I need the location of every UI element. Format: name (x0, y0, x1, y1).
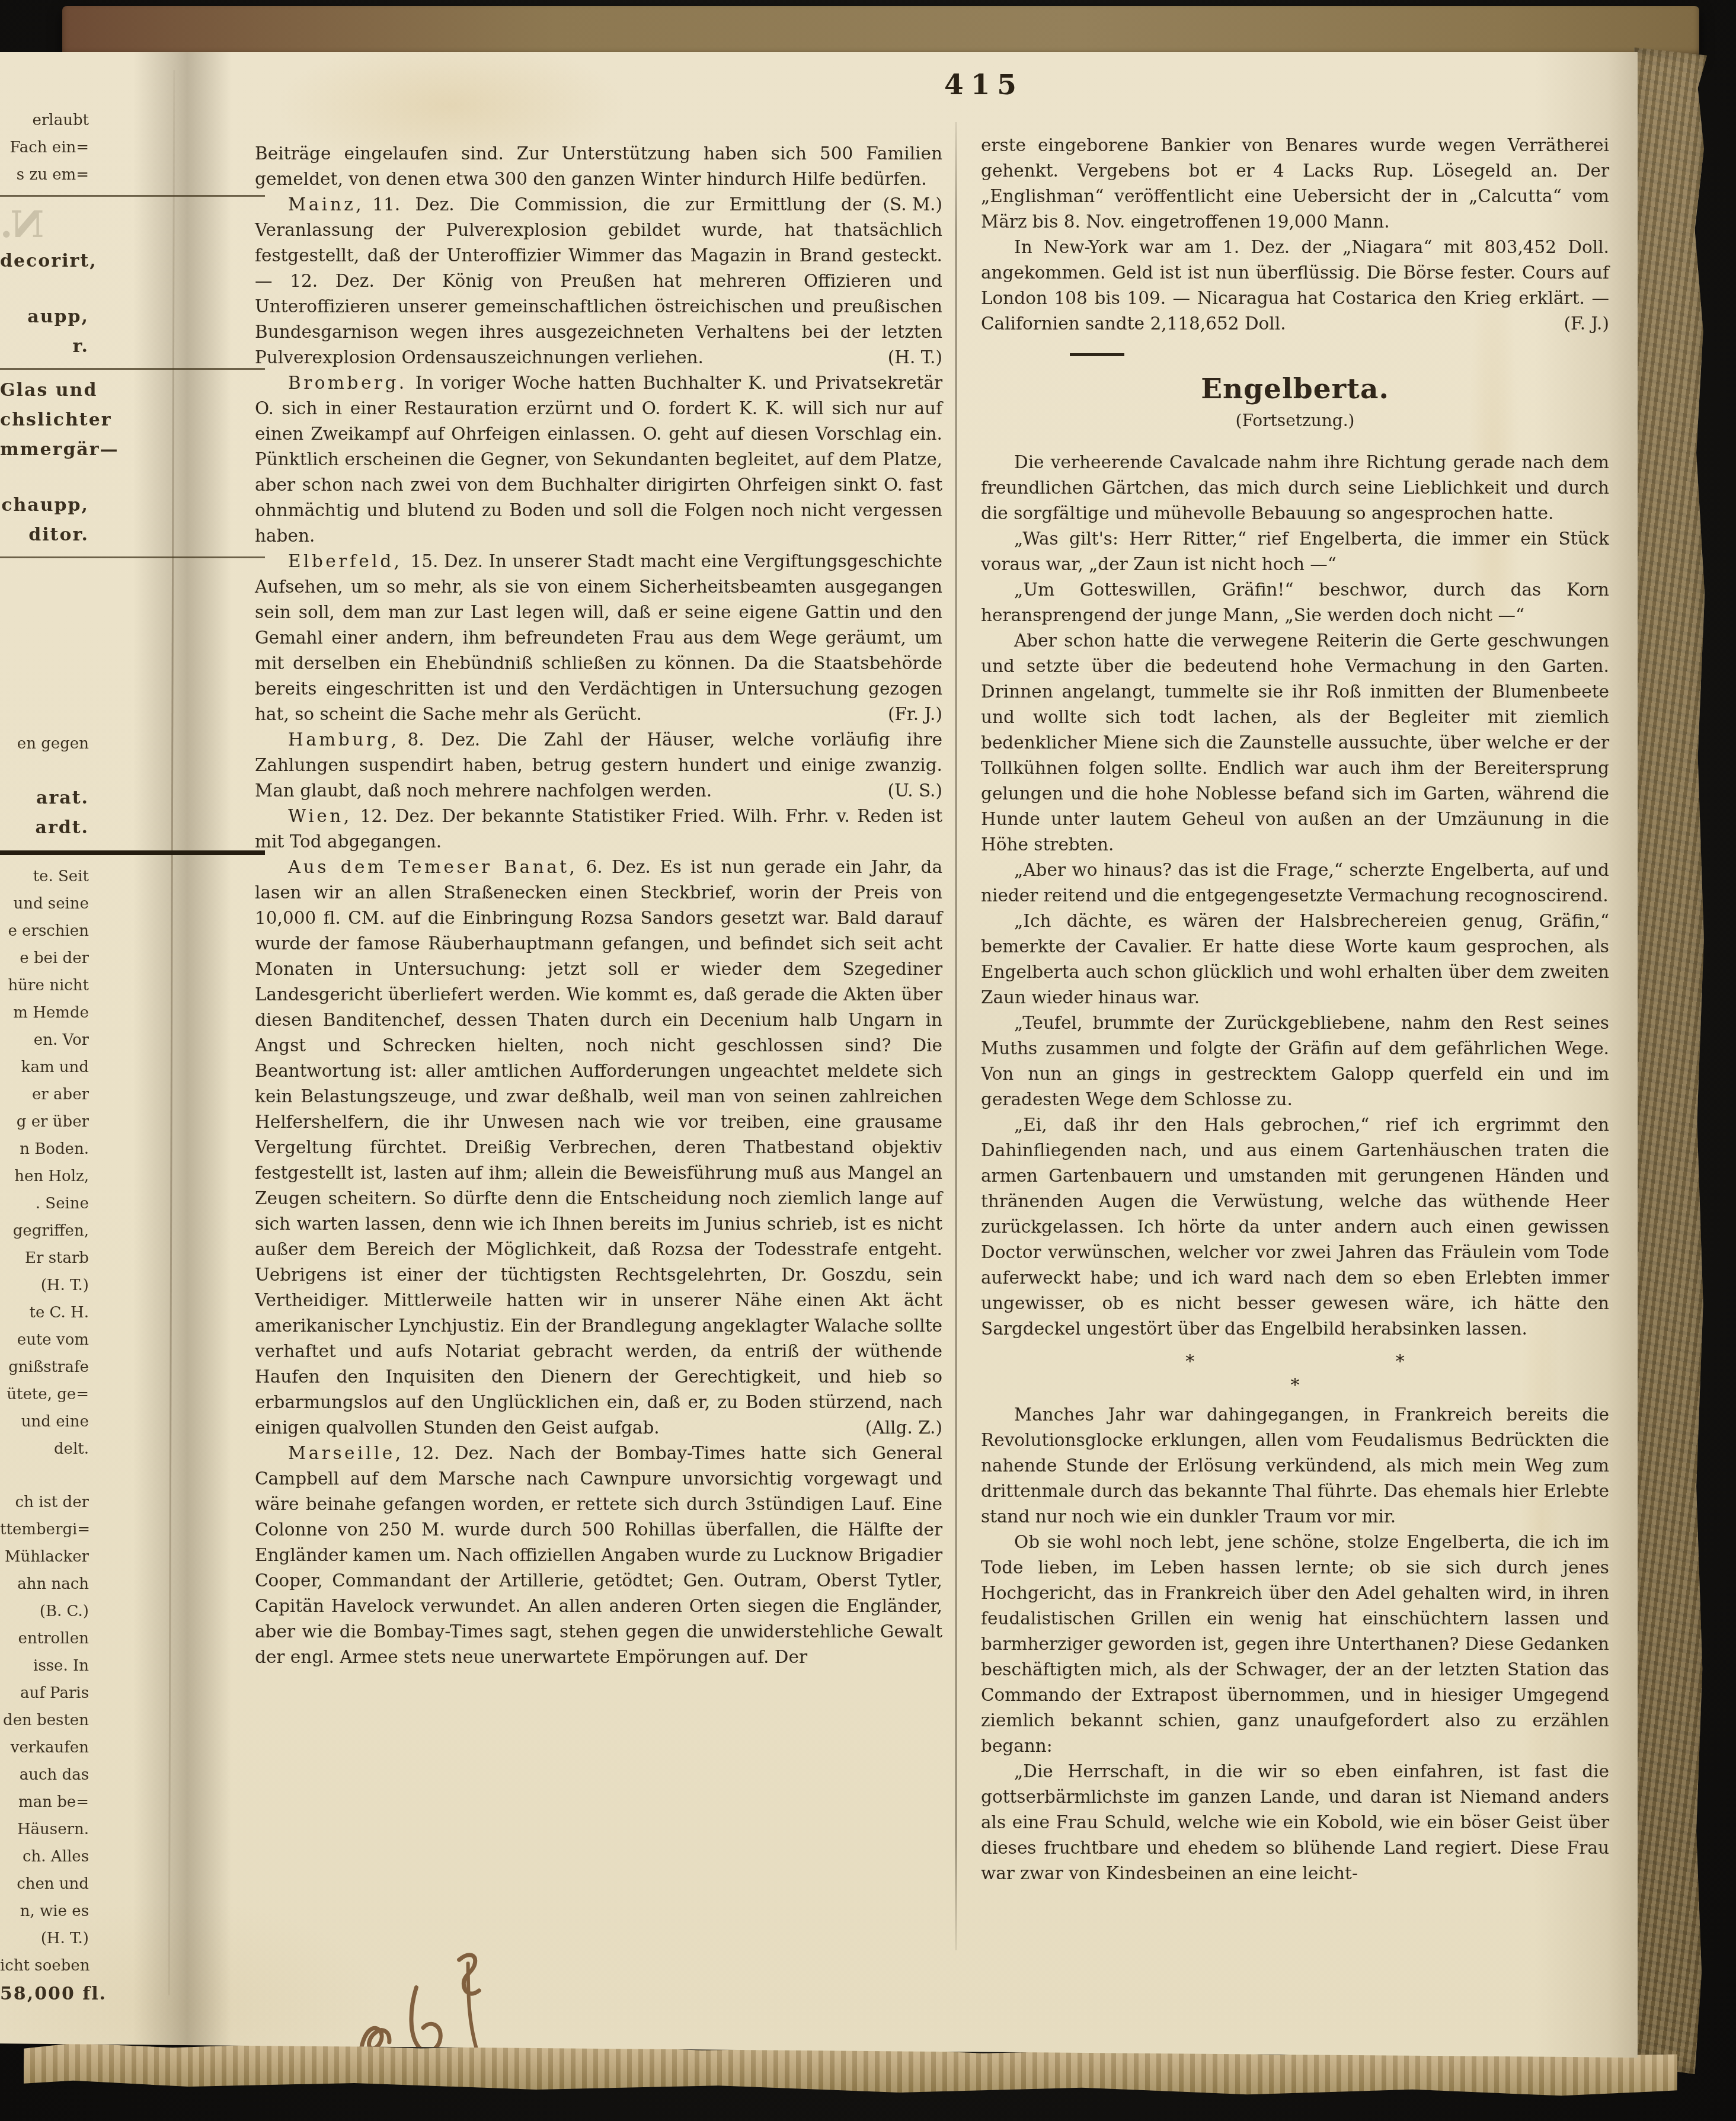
dateline: Wien, (288, 806, 360, 826)
paragraph-text: „Um Gotteswillen, Gräfin!“ beschwor, dur… (981, 580, 1609, 625)
paragraph-text: „Ei, daß ihr den Hals gebrochen,“ rief i… (981, 1115, 1609, 1339)
news-column-left: Beiträge eingelaufen sind. Zur Unterstüt… (255, 141, 942, 1670)
facing-page-line: n Boden. (0, 1135, 89, 1163)
facing-page-line: ch ist der (0, 1489, 89, 1516)
facing-page-line-text: ch. Alles (23, 1848, 89, 1866)
facing-page-line: hüre nicht (0, 972, 89, 999)
facing-page-line-text: n, wie es (20, 1902, 89, 1920)
facing-page-line-text: . Seine (36, 1195, 89, 1213)
facing-page-line-text: g er über (17, 1113, 89, 1131)
facing-page-line-text: auch das (20, 1766, 89, 1784)
feuilleton-subtitle: (Fortsetzung.) (981, 408, 1609, 433)
facing-page-line: ütete, ge= (0, 1381, 89, 1408)
facing-page-line-text: (H. T.) (41, 1930, 89, 1947)
facing-page-line: erlaubt (0, 107, 89, 134)
source-signature: (S. M.) (871, 192, 942, 217)
source-signature: (H. T.) (843, 345, 942, 370)
facing-page-line: Er starb (0, 1245, 89, 1272)
paragraph-text: * * * (1185, 1351, 1405, 1396)
facing-page-line-text: erlaubt (33, 111, 89, 129)
facing-page-line: chen und (0, 1870, 89, 1898)
dateline: Elberfeld, (288, 551, 411, 571)
facing-page-line-text: ditor. (28, 524, 89, 545)
facing-page-line-text: aupp, (27, 306, 89, 327)
source-signature: (Allg. Z.) (820, 1415, 942, 1441)
facing-page-line: chslichter (0, 405, 89, 435)
book-cover-top-edge (62, 6, 1699, 57)
facing-page-line: man be= (0, 1789, 89, 1816)
paragraph-text: Beiträge eingelaufen sind. Zur Unterstüt… (255, 143, 942, 189)
story-paragraph: „Teufel, brummte der Zurückgebliebene, n… (981, 1010, 1609, 1112)
paragraph-text: Manches Jahr war dahingegangen, in Frank… (981, 1405, 1609, 1527)
feuilleton-story: Die verheerende Cavalcade nahm ihre Rich… (981, 450, 1609, 1886)
news-paragraph: Hamburg,8. Dez. Die Zahl der Häuser, wel… (255, 727, 942, 804)
handwritten-ink-mark (341, 1933, 560, 2058)
facing-page-line: gnißstrafe (0, 1354, 89, 1381)
feuilleton-title: Engelberta. (981, 376, 1609, 402)
facing-page-line-text: te C. H. (29, 1304, 89, 1322)
facing-page-line: Häusern. (0, 1816, 89, 1843)
facing-page-line: ch. Alles (0, 1843, 89, 1870)
facing-page-line-text: (H. T.) (41, 1277, 89, 1294)
source-signature: (Fr. J.) (843, 702, 942, 727)
news-paragraph: Bromberg.In voriger Woche hatten Buchhal… (255, 370, 942, 549)
facing-page-line-text: delt. (54, 1440, 89, 1458)
dateline: Marseille, (288, 1443, 412, 1463)
dateline: Bromberg. (288, 373, 415, 393)
story-paragraph: Manches Jahr war dahingegangen, in Frank… (981, 1402, 1609, 1530)
facing-page-line: kam und (0, 1054, 89, 1081)
facing-page-line: s zu em= (0, 161, 89, 188)
facing-page-line (0, 1463, 89, 1489)
facing-page-line: N. (0, 203, 89, 247)
facing-page-line-text: chaupp, (1, 495, 89, 516)
facing-page-line-text: n Boden. (20, 1140, 89, 1158)
facing-page-line-text: und seine (13, 895, 89, 913)
paragraph-text: Die verheerende Cavalcade nahm ihre Rich… (981, 452, 1609, 523)
facing-page-line: er aber (0, 1081, 89, 1108)
facing-page-line: g er über (0, 1108, 89, 1135)
facing-page-line-text: verkaufen (11, 1739, 89, 1757)
facing-page-line: (B. C.) (0, 1598, 89, 1625)
binding-crease (168, 70, 175, 1995)
facing-page-line-text: N. (0, 203, 44, 246)
facing-page-line-text: hüre nicht (8, 977, 89, 994)
facing-page-line-text: gegriffen, (13, 1222, 89, 1240)
facing-page-line-text: te. Seit (33, 868, 89, 885)
facing-page-line (0, 564, 89, 730)
facing-page-line (0, 362, 265, 376)
facing-page-line (0, 757, 89, 783)
story-paragraph: „Um Gotteswillen, Gräfin!“ beschwor, dur… (981, 577, 1609, 628)
dateline: Aus dem Temeser Banat, (288, 857, 586, 877)
facing-page-line-text: m Hemde (13, 1004, 89, 1022)
facing-page-line-text: ahn nach (17, 1575, 89, 1593)
facing-page-line-text: icht soeben (0, 1957, 90, 1975)
facing-page-line: chaupp, (0, 491, 89, 520)
paragraph-text: „Die Herrschaft, in die wir so eben einf… (981, 1761, 1609, 1883)
facing-page-line: ardt. (0, 813, 89, 843)
facing-page-line: Mühlacker (0, 1543, 89, 1570)
facing-page-line: m Hemde (0, 999, 89, 1026)
facing-page-line (0, 550, 265, 564)
news-paragraph: Aus dem Temeser Banat,6. Dez. Es ist nun… (255, 855, 942, 1441)
facing-page-line-text: ütete, ge= (7, 1386, 89, 1403)
column-right: erste eingeborene Bankier von Benares wu… (981, 133, 1609, 1886)
facing-page-line: arat. (0, 783, 89, 813)
news-paragraph: Marseille,12. Dez. Nach der Bombay-Times… (255, 1441, 942, 1670)
paragraph-text: 15. Dez. In unserer Stadt macht eine Ver… (255, 551, 942, 724)
facing-page-line-text: entrollen (18, 1630, 89, 1647)
facing-page-line: (H. T.) (0, 1272, 89, 1299)
facing-page-line (0, 465, 89, 491)
facing-page-line-text: Er starb (25, 1249, 89, 1267)
facing-page-line-text: chslichter (0, 410, 112, 430)
facing-page-line: Glas und (0, 376, 89, 405)
facing-page-line-text: en gegen (17, 735, 89, 753)
facing-page-line-text: 58,000 fl. (0, 1984, 107, 2004)
facing-page-line-text: auf Paris (20, 1684, 89, 1702)
facing-page-line (0, 276, 89, 302)
facing-page-line: delt. (0, 1435, 89, 1463)
facing-page-line: ditor. (0, 520, 89, 550)
facing-page-line: eute vom (0, 1326, 89, 1354)
paragraph-text: 11. Dez. Die Commission, die zur Ermittl… (255, 194, 942, 367)
facing-page-line-text: ardt. (35, 817, 89, 838)
book-fore-edge (1631, 47, 1707, 2074)
paragraph-text: „Aber wo hinaus? das ist die Frage,“ sch… (981, 860, 1609, 906)
news-paragraph: Beiträge eingelaufen sind. Zur Unterstüt… (255, 141, 942, 192)
story-paragraph: Die verheerende Cavalcade nahm ihre Rich… (981, 450, 1609, 526)
facing-page-line-text: gnißstrafe (8, 1358, 89, 1376)
facing-page-line-text: Fach ein= (9, 139, 89, 156)
story-paragraph: * * * (981, 1350, 1609, 1397)
facing-page-line-text: eute vom (17, 1331, 89, 1349)
paragraph-text: In New-York war am 1. Dez. der „Niagara“… (981, 237, 1609, 334)
story-paragraph: Ob sie wohl noch lebt, jene schöne, stol… (981, 1530, 1609, 1759)
facing-page-line-text: kam und (21, 1058, 89, 1076)
newspaper-page: 415 erlaubtFach ein=s zu em=N.decorirt,a… (0, 52, 1638, 2058)
facing-page-line-text: e erschien (8, 922, 89, 940)
facing-page-line: e erschien (0, 917, 89, 945)
facing-page-line: mmergär— (0, 435, 89, 465)
facing-page-line-text: e bei der (20, 949, 89, 967)
scanned-book-photo: { "page": { "number": "415", "left_strip… (0, 0, 1736, 2121)
facing-page-line-text: Glas und (0, 380, 97, 401)
facing-page-sliver: erlaubtFach ein=s zu em=N.decorirt,aupp,… (0, 107, 89, 2009)
facing-page-line-text: er aber (32, 1086, 89, 1103)
facing-page-line-text: r. (73, 336, 89, 357)
facing-page-line: ttembergi= (0, 1516, 89, 1543)
facing-page-line-text: chen und (17, 1875, 89, 1893)
facing-page-line: en. Vor (0, 1026, 89, 1054)
news-paragraph: Wien,12. Dez. Der bekannte Statistiker F… (255, 804, 942, 855)
story-paragraph: Aber schon hatte die verwegene Reiterin … (981, 628, 1609, 858)
source-signature: (F. J.) (1518, 311, 1609, 337)
paragraph-text: 6. Dez. Es ist nun gerade ein Jahr, da l… (255, 857, 942, 1438)
facing-page-line: den besten (0, 1707, 89, 1734)
story-paragraph: „Ei, daß ihr den Hals gebrochen,“ rief i… (981, 1112, 1609, 1342)
facing-page-line-text: hen Holz, (14, 1167, 89, 1185)
news-paragraph: In New-York war am 1. Dez. der „Niagara“… (981, 235, 1609, 337)
facing-page-line: isse. In (0, 1652, 89, 1679)
facing-page-line: Fach ein= (0, 134, 89, 161)
facing-page-line: en gegen (0, 730, 89, 757)
facing-page-line: und eine (0, 1408, 89, 1435)
facing-page-line-text: arat. (36, 788, 89, 808)
facing-page-line: gegriffen, (0, 1217, 89, 1245)
paragraph-text: Aber schon hatte die verwegene Reiterin … (981, 631, 1609, 855)
facing-page-line: hen Holz, (0, 1163, 89, 1190)
story-paragraph: „Was gilt's: Herr Ritter,“ rief Engelber… (981, 526, 1609, 577)
paragraph-text: „Teufel, brummte der Zurückgebliebene, n… (981, 1013, 1609, 1109)
paragraph-text: erste eingeborene Bankier von Benares wu… (981, 135, 1609, 232)
facing-page-line-text: (B. C.) (40, 1602, 89, 1620)
news-paragraph: erste eingeborene Bankier von Benares wu… (981, 133, 1609, 235)
facing-page-line-text: s zu em= (17, 166, 89, 184)
facing-page-line-text: en. Vor (34, 1031, 89, 1049)
facing-page-line (0, 843, 265, 863)
facing-page-line: aupp, (0, 302, 89, 332)
facing-page-line: . Seine (0, 1190, 89, 1217)
section-separator-rule (1070, 353, 1124, 356)
facing-page-line: entrollen (0, 1625, 89, 1652)
gutter-shadow (133, 52, 231, 2058)
facing-page-line (0, 188, 265, 203)
facing-page-line: auf Paris (0, 1679, 89, 1707)
facing-page-line: te. Seit (0, 863, 89, 890)
facing-page-line-text: Mühlacker (5, 1548, 89, 1566)
facing-page-line-text: decorirt, (0, 251, 97, 271)
facing-page-line-text: mmergär— (0, 439, 119, 460)
facing-page-line: auch das (0, 1761, 89, 1789)
dateline: Hamburg, (288, 730, 408, 750)
news-paragraph: Elberfeld,15. Dez. In unserer Stadt mach… (255, 549, 942, 727)
facing-page-line: 58,000 fl. (0, 1979, 89, 2009)
facing-page-line: decorirt, (0, 247, 89, 276)
story-paragraph: „Aber wo hinaus? das ist die Frage,“ sch… (981, 858, 1609, 908)
facing-page-line-text: isse. In (33, 1657, 89, 1675)
facing-page-line-text: Häusern. (17, 1821, 89, 1838)
source-signature: (U. S.) (843, 778, 942, 804)
facing-page-line-text: und eine (21, 1413, 89, 1431)
story-paragraph: „Ich dächte, es wären der Halsbrechereie… (981, 908, 1609, 1010)
facing-page-line-text: ttembergi= (0, 1521, 90, 1538)
facing-page-line: und seine (0, 890, 89, 917)
paragraph-text: „Ich dächte, es wären der Halsbrechereie… (981, 911, 1609, 1007)
news-column-right: erste eingeborene Bankier von Benares wu… (981, 133, 1609, 337)
facing-page-line-text: ch ist der (15, 1493, 89, 1511)
story-paragraph: „Die Herrschaft, in die wir so eben einf… (981, 1759, 1609, 1886)
page-number: 415 (865, 69, 1102, 101)
facing-page-line: te C. H. (0, 1299, 89, 1326)
facing-page-line: r. (0, 332, 89, 362)
facing-page-line: n, wie es (0, 1898, 89, 1925)
facing-page-line: (H. T.) (0, 1925, 89, 1952)
paragraph-text: „Was gilt's: Herr Ritter,“ rief Engelber… (981, 529, 1609, 574)
facing-page-line: e bei der (0, 945, 89, 972)
dateline: Mainz, (288, 194, 372, 215)
paragraph-text: Ob sie wohl noch lebt, jene schöne, stol… (981, 1532, 1609, 1756)
facing-page-line-text: den besten (3, 1711, 89, 1729)
facing-page-line: verkaufen (0, 1734, 89, 1761)
paragraph-text: 12. Dez. Nach der Bombay-Times hatte sic… (255, 1443, 942, 1667)
facing-page-line: icht soeben (0, 1952, 89, 1979)
news-paragraph: Mainz,11. Dez. Die Commission, die zur E… (255, 192, 942, 370)
column-divider-rule (955, 122, 957, 1950)
paragraph-text: In voriger Woche hatten Buchhalter K. un… (255, 373, 942, 546)
facing-page-line-text: man be= (18, 1793, 89, 1811)
facing-page-line: ahn nach (0, 1570, 89, 1598)
